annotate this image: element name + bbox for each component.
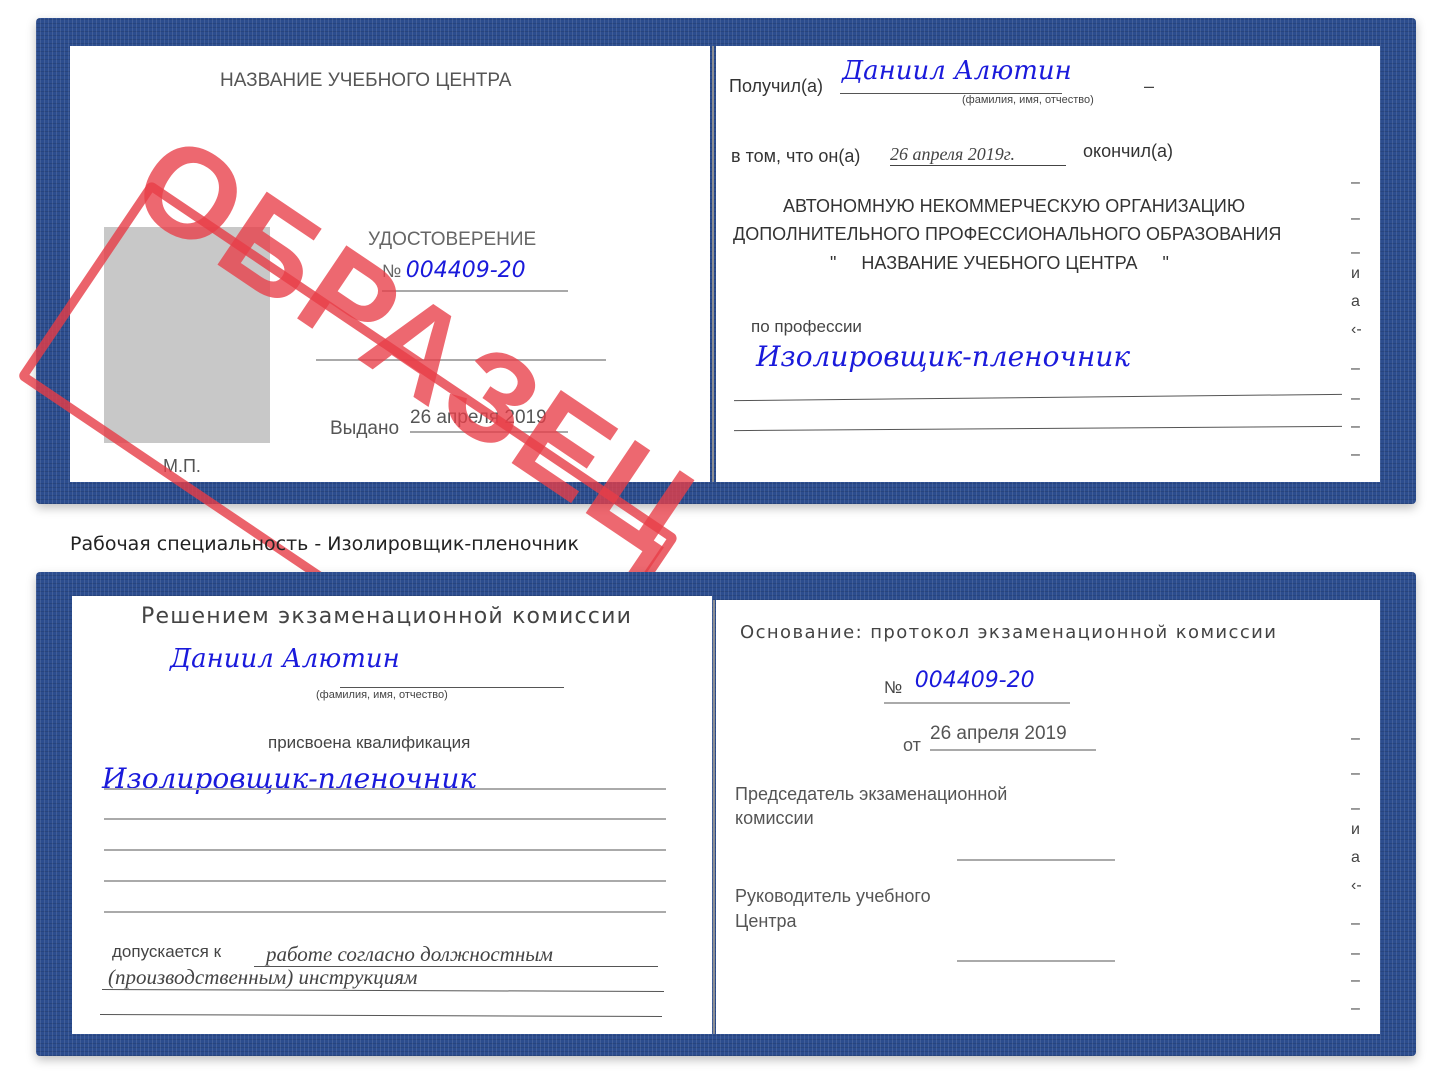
protocol-number: 004409-20 — [915, 668, 1035, 693]
chair-signature-line — [957, 859, 1115, 861]
edge-mark: – — [1351, 390, 1360, 408]
head-line-2: Центра — [735, 911, 797, 932]
commission-name: Даниил Алютин — [170, 644, 400, 674]
edge-mark: и — [1351, 821, 1360, 839]
admitted-line-1: работе согласно должностным — [266, 942, 553, 967]
fio-hint: (фамилия, имя, отчество) — [962, 94, 1094, 106]
recipient-name: Даниил Алютин — [842, 56, 1072, 86]
edge-mark: – — [1351, 244, 1360, 262]
that-label: в том, что он(а) — [731, 146, 860, 167]
admitted-label: допускается к — [112, 942, 221, 962]
admitted-line-2: (производственным) инструкциям — [108, 965, 417, 990]
edge-mark: – — [1351, 446, 1360, 464]
top-spine — [712, 46, 714, 482]
edge-mark: – — [1351, 915, 1360, 933]
qualification-line-3 — [104, 849, 666, 851]
edge-mark: – — [1351, 1000, 1360, 1018]
protocol-number-label: № — [884, 678, 902, 697]
training-center-name: НАЗВАНИЕ УЧЕБНОГО ЦЕНТРА — [220, 70, 512, 92]
edge-mark: – — [1351, 418, 1360, 436]
qualification-line-2 — [104, 818, 666, 820]
edge-mark: – — [1351, 210, 1360, 228]
edge-mark: – — [1351, 765, 1360, 783]
qualification-line-1 — [104, 788, 666, 790]
basis-text: Основание: протокол экзаменационной коми… — [740, 622, 1277, 643]
qualification-label: присвоена квалификация — [268, 733, 470, 753]
profession-value: Изолировщик-пленочник — [756, 340, 1130, 373]
qualification-line-4 — [104, 880, 666, 882]
bottom-spine — [713, 600, 715, 1034]
commission-heading: Решением экзаменационной комиссии — [141, 604, 632, 629]
dash: – — [1144, 76, 1154, 97]
commission-fio-hint: (фамилия, имя, отчество) — [316, 689, 448, 701]
edge-mark: ‹- — [1351, 877, 1362, 895]
head-line-1: Руководитель учебного — [735, 886, 931, 907]
edge-mark: а — [1351, 849, 1360, 867]
edge-mark: – — [1351, 972, 1360, 990]
edge-mark: ‹- — [1351, 321, 1362, 339]
that-date: 26 апреля 2019г. — [890, 144, 1066, 166]
received-label: Получил(а) — [729, 76, 823, 97]
commission-name-line — [340, 687, 564, 688]
edge-mark: – — [1351, 945, 1360, 963]
qualification-value: Изолировщик-пленочник — [102, 762, 476, 795]
qualification-line-5 — [104, 911, 666, 913]
bottom-right-page — [716, 600, 1380, 1034]
head-signature-line — [957, 960, 1115, 962]
edge-mark: и — [1351, 265, 1360, 283]
org-line-2: ДОПОЛНИТЕЛЬНОГО ПРОФЕССИОНАЛЬНОГО ОБРАЗО… — [733, 224, 1281, 245]
from-label: от — [903, 735, 921, 756]
org-line-3: " НАЗВАНИЕ УЧЕБНОГО ЦЕНТРА " — [830, 253, 1169, 274]
protocol-date: 26 апреля 2019 — [930, 723, 1096, 751]
specialty-caption: Рабочая специальность - Изолировщик-плен… — [70, 533, 579, 555]
profession-label: по профессии — [751, 317, 862, 337]
chair-line-1: Председатель экзаменационной — [735, 784, 1007, 805]
edge-mark: – — [1351, 800, 1360, 818]
finished-label: окончил(а) — [1083, 141, 1173, 162]
edge-mark: – — [1351, 174, 1360, 192]
protocol-number-row: № 004409-20 — [884, 668, 1070, 704]
edge-mark: а — [1351, 293, 1360, 311]
org-line-1: АВТОНОМНУЮ НЕКОММЕРЧЕСКУЮ ОРГАНИЗАЦИЮ — [783, 196, 1245, 217]
edge-mark: – — [1351, 360, 1360, 378]
edge-mark: – — [1351, 730, 1360, 748]
chair-line-2: комиссии — [735, 808, 814, 829]
